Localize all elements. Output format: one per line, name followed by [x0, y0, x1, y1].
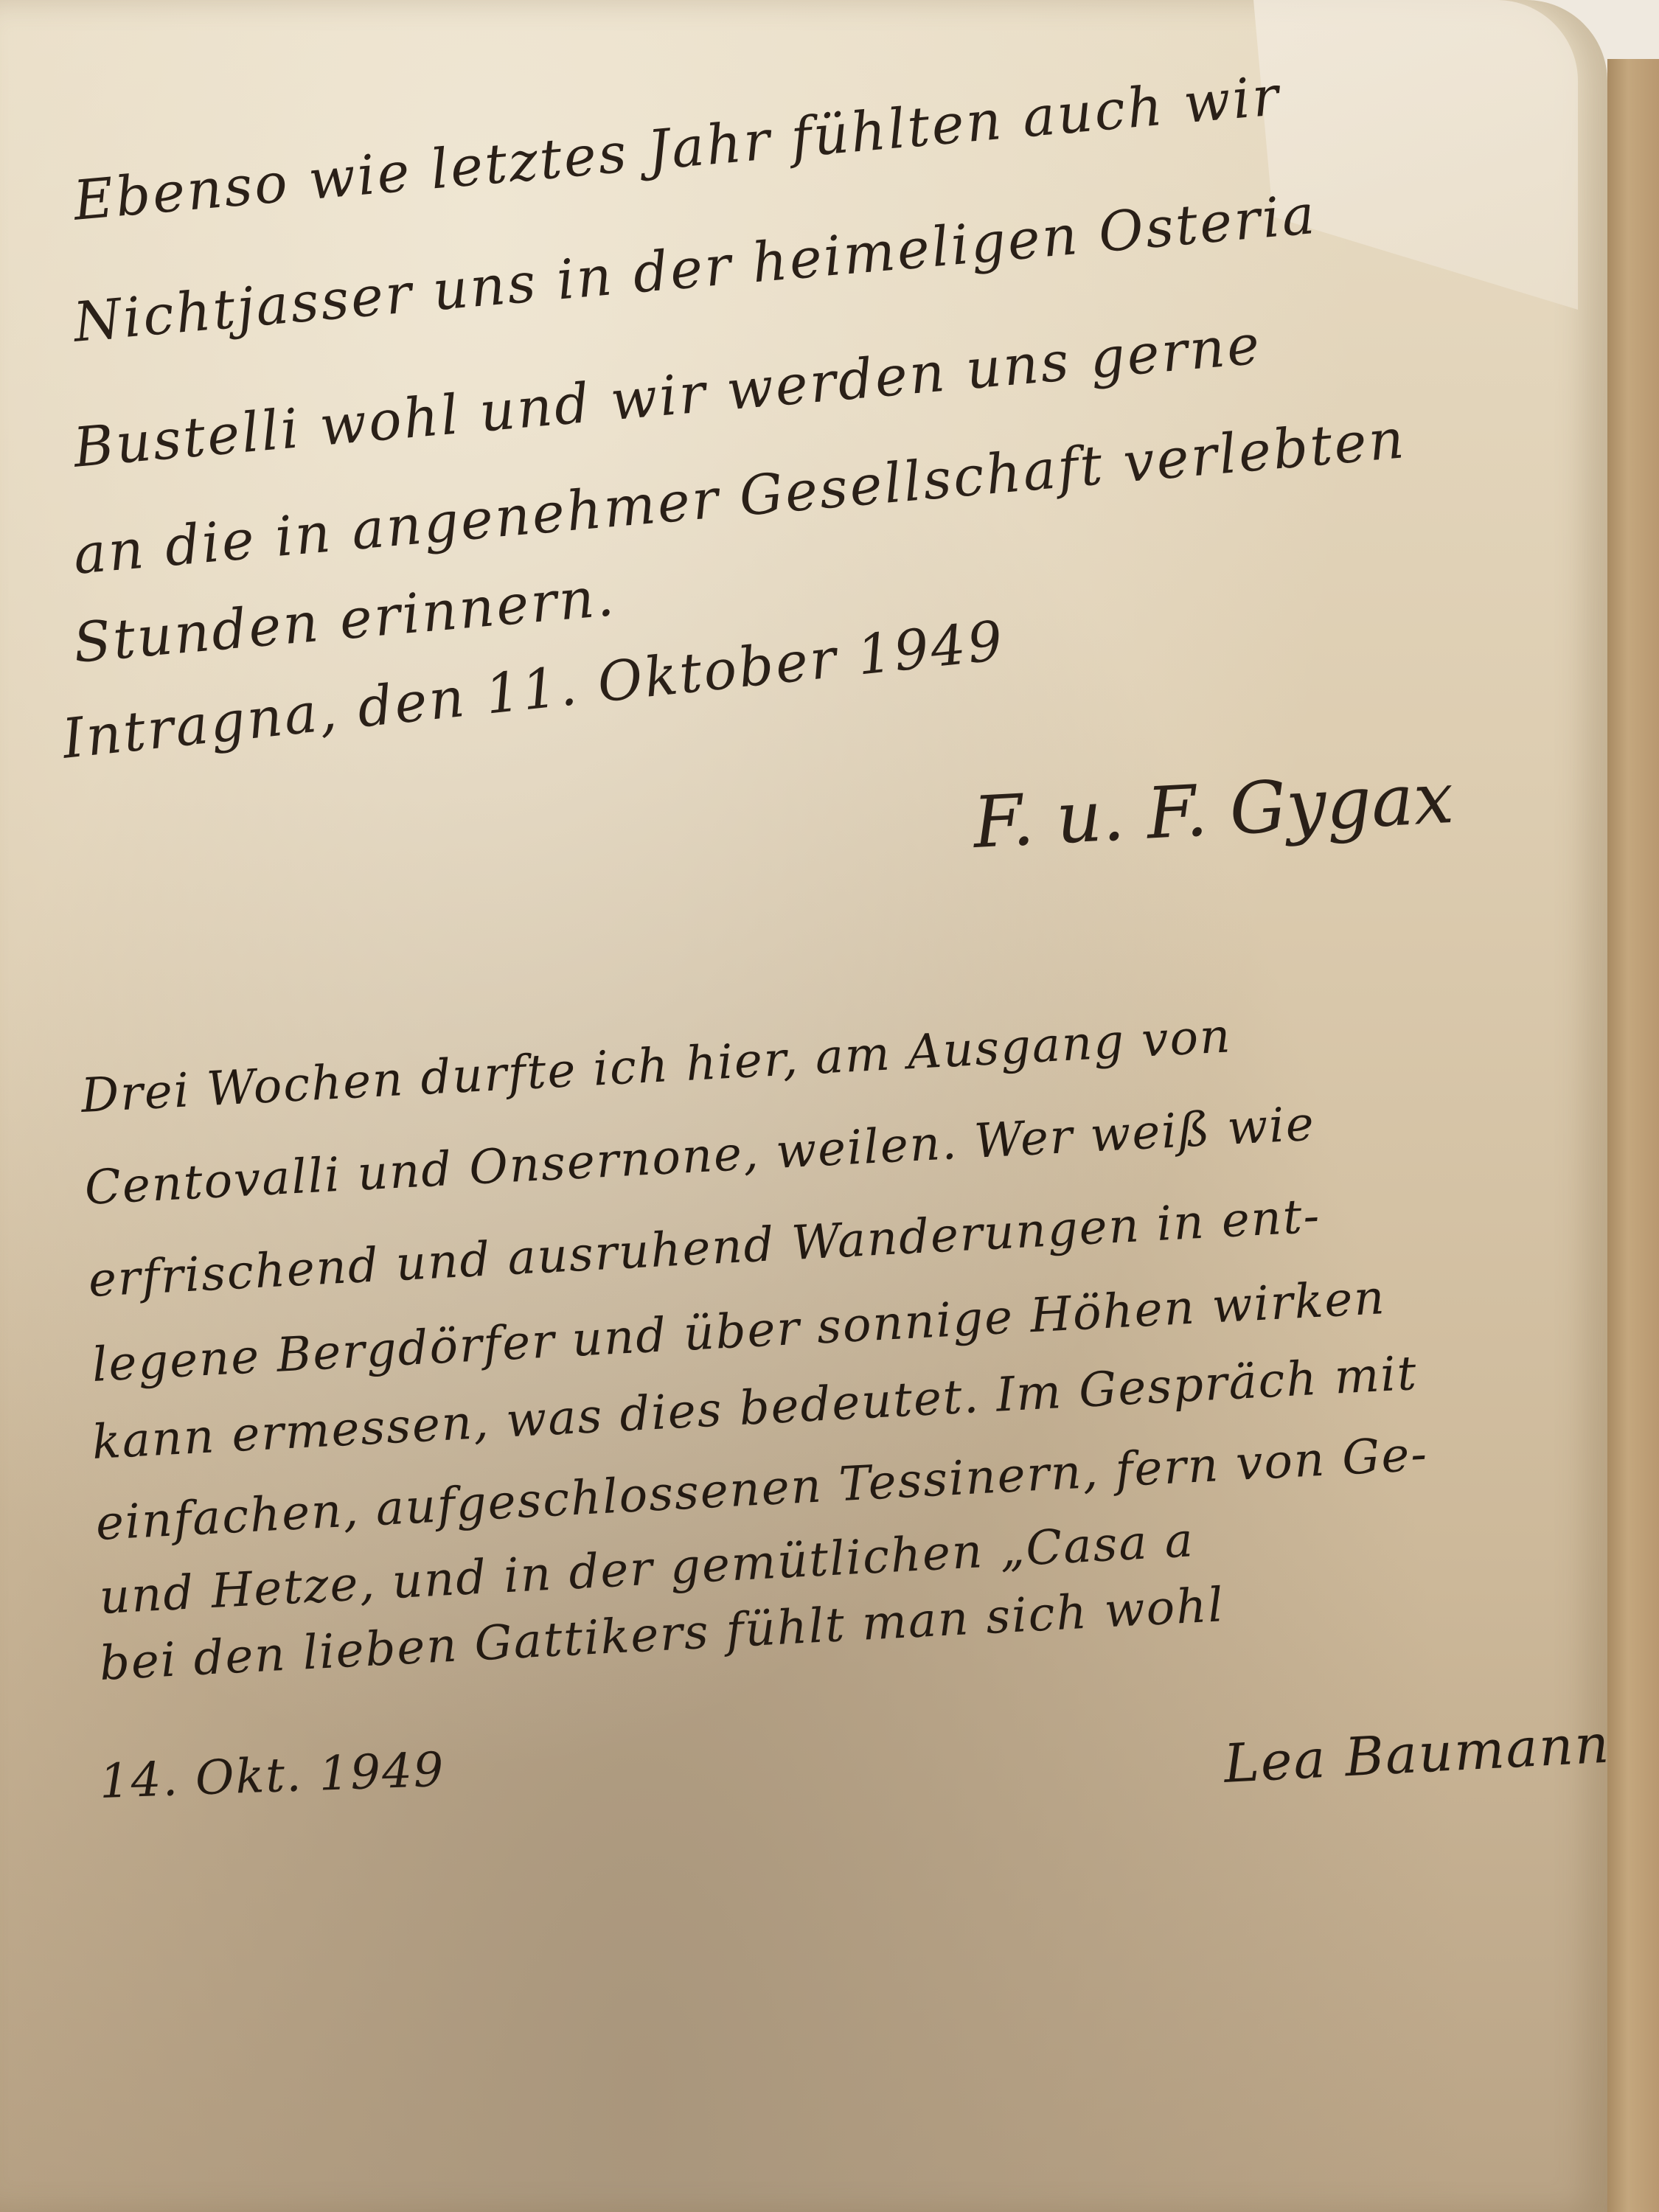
- entry-2-date: 14. Okt. 1949: [99, 1743, 446, 1809]
- entry-2-line-2: Centovalli und Onsernone, weilen. Wer we…: [83, 1097, 1316, 1216]
- next-page-edge: [1607, 59, 1659, 2212]
- torn-paper-flap: [1253, 0, 1578, 310]
- entry-1-signature: F. u. F. Gygax: [971, 757, 1455, 864]
- entry-2-signature: Lea Baumann: [1222, 1713, 1612, 1795]
- entry-2-line-1: Drei Wochen durfte ich hier, am Ausgang …: [80, 1009, 1233, 1124]
- guestbook-page: Ebenso wie letztes Jahr fühlten auch wir…: [0, 0, 1607, 2212]
